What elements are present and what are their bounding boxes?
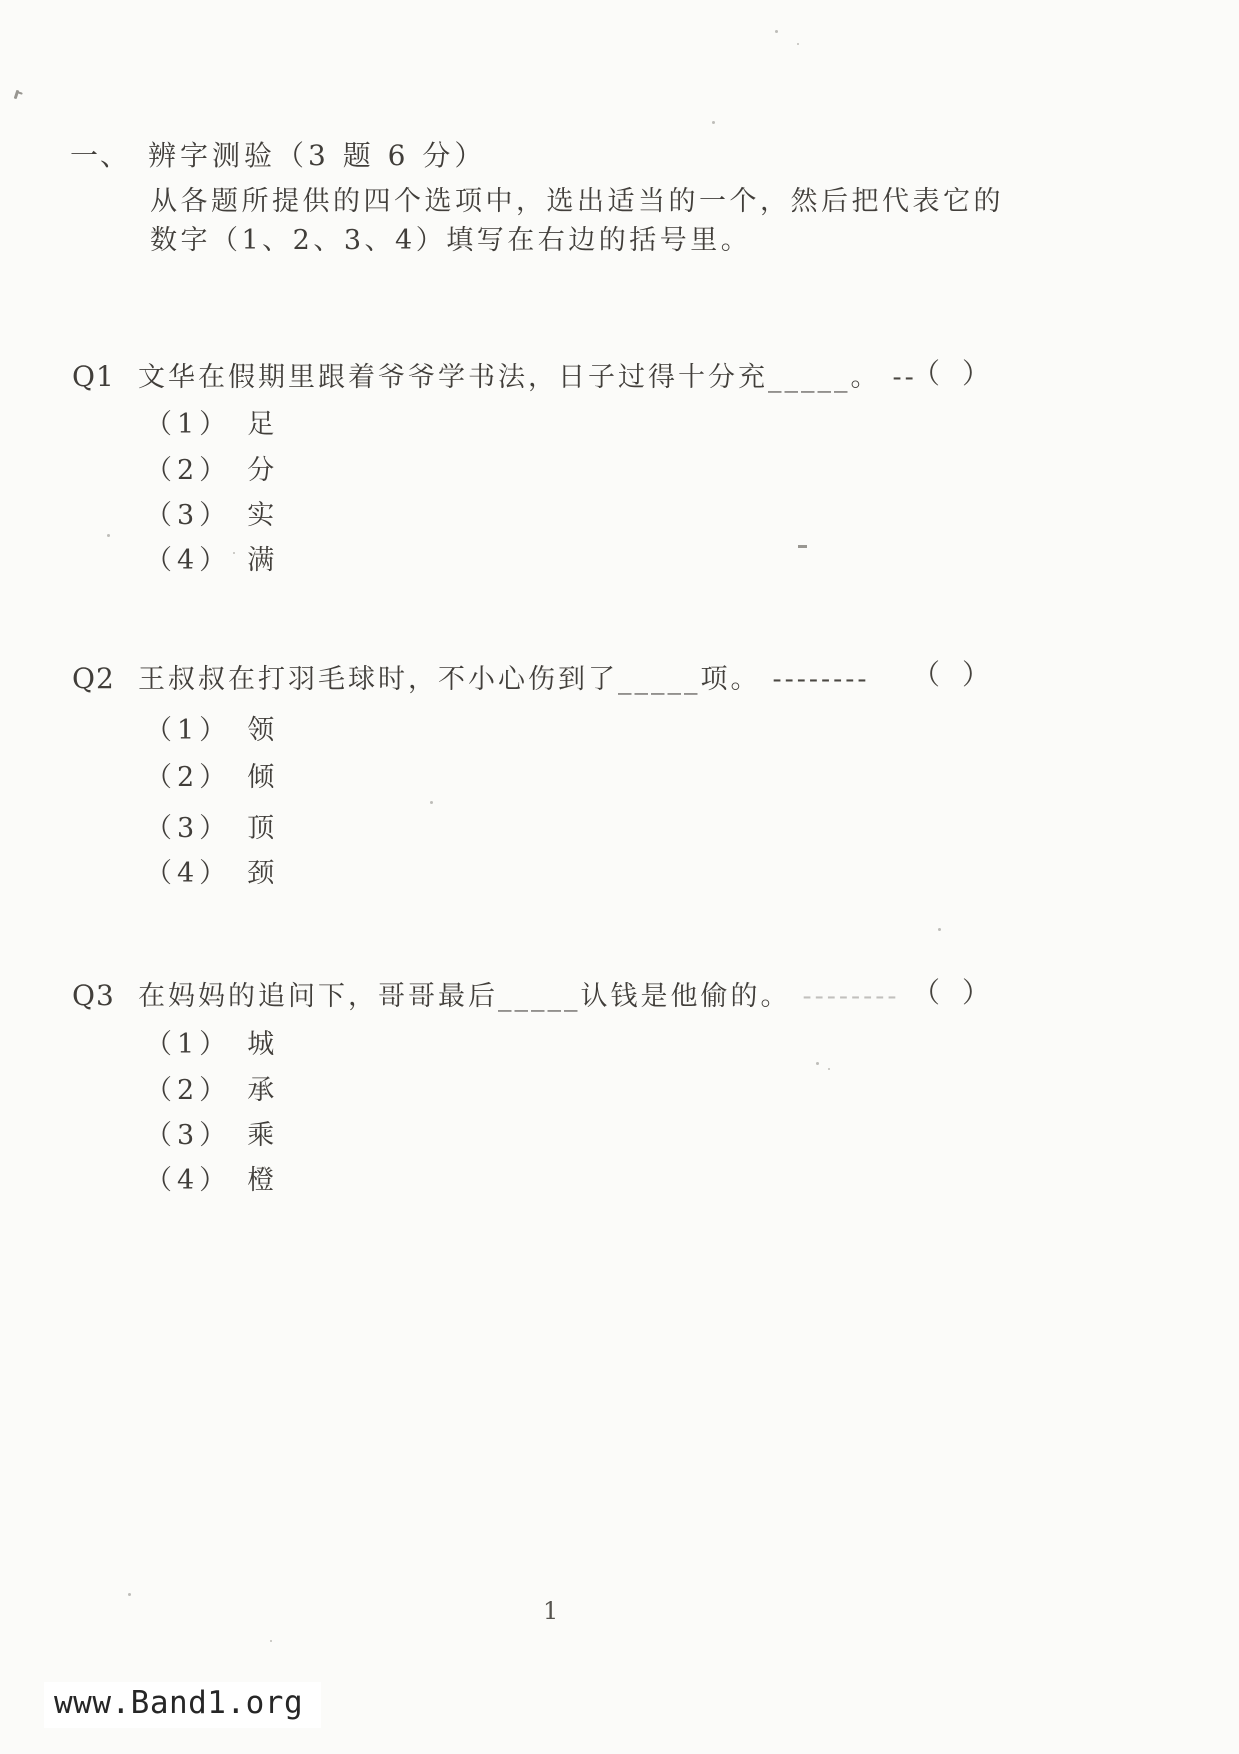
option-char: 承 bbox=[247, 1075, 276, 1106]
question-2-option-4: （4）颈 bbox=[145, 851, 276, 890]
question-2-leader-dashes: -------- bbox=[773, 664, 870, 695]
question-3-option-1: （1）城 bbox=[145, 1022, 276, 1061]
option-number: （2） bbox=[145, 455, 231, 486]
option-number: （1） bbox=[145, 1029, 231, 1060]
question-3-option-4: （4）橙 bbox=[145, 1158, 276, 1197]
option-number: （3） bbox=[145, 1120, 231, 1151]
open-paren: （ bbox=[912, 352, 940, 392]
question-1: Q1文华在假期里跟着爷爷学书法，日子过得十分充_____。-- bbox=[72, 355, 917, 394]
option-char: 分 bbox=[247, 455, 276, 486]
question-1-option-4: （4）满 bbox=[145, 538, 276, 577]
scan-speck bbox=[128, 1593, 131, 1596]
question-1-label: Q1 bbox=[72, 360, 138, 393]
question-1-answer-brackets: （） bbox=[912, 352, 990, 392]
close-paren: ） bbox=[962, 653, 990, 693]
scan-speck bbox=[775, 30, 778, 33]
question-1-option-2: （2）分 bbox=[145, 448, 276, 487]
scan-speck bbox=[938, 928, 941, 931]
option-number: （2） bbox=[145, 762, 231, 793]
option-char: 实 bbox=[247, 500, 276, 531]
option-char: 领 bbox=[247, 715, 276, 746]
question-1-text: 文华在假期里跟着爷爷学书法，日子过得十分充_____。 bbox=[138, 362, 881, 393]
option-number: （3） bbox=[145, 813, 231, 844]
option-number: （4） bbox=[145, 545, 231, 576]
question-3-answer-brackets: （） bbox=[912, 971, 990, 1011]
section-title: 辨字测验（3 题 6 分） bbox=[148, 139, 486, 172]
option-char: 倾 bbox=[247, 762, 276, 793]
question-2-option-2: （2）倾 bbox=[145, 755, 276, 794]
option-char: 满 bbox=[247, 545, 276, 576]
page-number: 1 bbox=[543, 1597, 558, 1625]
section-header: 一、辨字测验（3 题 6 分） bbox=[70, 134, 486, 174]
option-char: 橙 bbox=[247, 1165, 276, 1196]
scan-speck bbox=[798, 545, 807, 548]
option-number: （3） bbox=[145, 500, 231, 531]
question-2-text: 王叔叔在打羽毛球时，不小心伤到了_____项。 bbox=[138, 664, 761, 695]
question-3-text: 在妈妈的追问下，哥哥最后_____认钱是他偷的。 bbox=[138, 981, 791, 1012]
question-1-option-1: （1）足 bbox=[145, 402, 276, 441]
instruction-line-2: 数字（1、2、3、4）填写在右边的括号里。 bbox=[150, 218, 751, 257]
question-2-answer-brackets: （） bbox=[912, 653, 990, 693]
question-3-option-2: （2）承 bbox=[145, 1068, 276, 1107]
option-char: 顶 bbox=[247, 813, 276, 844]
option-number: （1） bbox=[145, 409, 231, 440]
scan-pen-mark bbox=[14, 90, 20, 99]
scan-speck bbox=[107, 534, 110, 537]
scanned-test-page: 一、辨字测验（3 题 6 分） 从各题所提供的四个选项中，选出适当的一个，然后把… bbox=[0, 0, 1239, 1754]
question-1-option-3: （3）实 bbox=[145, 493, 276, 532]
section-index: 一、 bbox=[70, 134, 148, 174]
open-paren: （ bbox=[912, 653, 940, 693]
question-2-option-1: （1）领 bbox=[145, 708, 276, 747]
option-number: （2） bbox=[145, 1075, 231, 1106]
question-3-option-3: （3）乘 bbox=[145, 1113, 276, 1152]
option-number: （1） bbox=[145, 715, 231, 746]
instruction-line-1: 从各题所提供的四个选项中，选出适当的一个，然后把代表它的 bbox=[150, 179, 1004, 218]
question-2-label: Q2 bbox=[72, 662, 138, 695]
scan-speck bbox=[816, 1062, 819, 1065]
question-2: Q2王叔叔在打羽毛球时，不小心伤到了_____项。-------- bbox=[72, 657, 869, 696]
option-char: 足 bbox=[247, 409, 276, 440]
option-char: 乘 bbox=[247, 1120, 276, 1151]
scan-speck bbox=[797, 43, 799, 45]
close-paren: ） bbox=[962, 971, 990, 1011]
close-paren: ） bbox=[962, 352, 990, 392]
option-number: （4） bbox=[145, 858, 231, 889]
watermark-url: www.Band1.org bbox=[44, 1682, 321, 1728]
scan-speck bbox=[430, 801, 433, 804]
open-paren: （ bbox=[912, 971, 940, 1011]
question-3: Q3在妈妈的追问下，哥哥最后_____认钱是他偷的。-------- bbox=[72, 974, 899, 1013]
question-3-label: Q3 bbox=[72, 979, 138, 1012]
scan-speck bbox=[270, 1640, 272, 1642]
question-2-option-3: （3）顶 bbox=[145, 806, 276, 845]
question-3-leader-dashes: -------- bbox=[803, 981, 900, 1012]
option-char: 城 bbox=[247, 1029, 276, 1060]
scan-speck bbox=[828, 1068, 830, 1070]
scan-speck bbox=[233, 552, 235, 554]
scan-speck bbox=[712, 121, 715, 124]
option-char: 颈 bbox=[247, 858, 276, 889]
option-number: （4） bbox=[145, 1165, 231, 1196]
